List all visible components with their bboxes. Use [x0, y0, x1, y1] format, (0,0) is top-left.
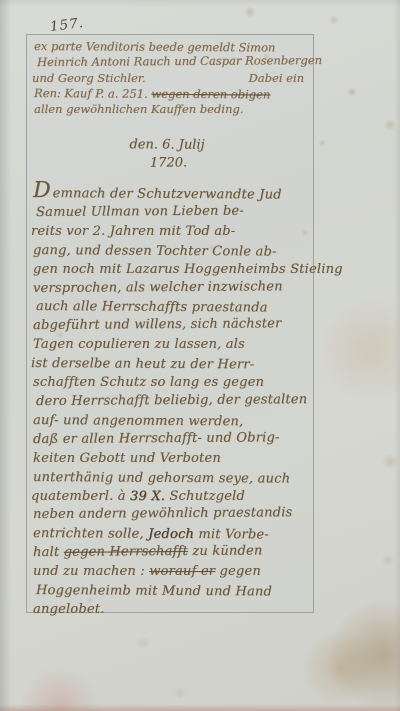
handwritten-text: Samuel Ullman von Lieben be- — [36, 203, 244, 219]
handwritten-text: 1720. — [150, 155, 187, 170]
handwritten-text: auch alle Herrschaffts praestanda — [36, 299, 268, 315]
handwritten-text: Ren: Kauf P. a. 251. — [34, 86, 151, 101]
handwritten-text: mit Vorbe- — [194, 527, 269, 542]
handwritten-text: halt — [33, 545, 64, 560]
handwritten-text: Tagen copulieren zu lassen, als — [33, 337, 245, 352]
margin-note: Dabei ein — [249, 71, 304, 87]
body-line: halt gegen Herrschafft zu künden — [33, 542, 313, 563]
handwritten-text: angelobet. — [33, 602, 105, 617]
date-block: den. 6. Julij1720. — [92, 135, 242, 173]
handwritten-text: Demnach der Schutzverwandte Jud — [33, 186, 282, 203]
handwritten-text: und Georg Stichler. — [32, 71, 146, 85]
handwritten-text: ex parte Venditoris beede gemeldt Simon — [34, 39, 275, 54]
handwritten-text: und zu machen : — [33, 564, 149, 579]
strikethrough-text: worauf er — [149, 564, 215, 579]
handwritten-text: gen noch mit Lazarus Hoggenheimbs Stieli… — [33, 262, 343, 277]
handwritten-text: allen gewöhnlichen Kauffen beding. — [34, 102, 243, 116]
header-line: allen gewöhnlichen Kauffen beding. — [34, 102, 306, 118]
strikethrough-text: wegen deren obigen — [151, 87, 270, 102]
handwritten-text: den. 6. Julij — [129, 137, 204, 152]
body-text: Demnach der Schutzverwandte JudSamuel Ul… — [33, 182, 313, 620]
handwritten-text: 39 X. — [130, 489, 165, 504]
handwritten-text: unterthänig und gehorsam seye, auch — [33, 470, 290, 487]
handwritten-text: entrichten solle, — [33, 526, 148, 542]
handwritten-text: gang, und dessen Tochter Conle ab- — [33, 243, 277, 259]
handwritten-text: keiten Gebott und Verboten — [33, 451, 221, 466]
header-note: ex parte Venditoris beede gemeldt SimonH… — [34, 39, 306, 118]
body-line: gen noch mit Lazarus Hoggenheimbs Stieli… — [33, 261, 313, 280]
manuscript-page: 157. ex parte Venditoris beede gemeldt S… — [0, 0, 400, 711]
handwritten-text: Hoggenheimb mit Mund und Hand — [36, 583, 272, 599]
body-line: und zu machen : worauf er gegen — [33, 563, 313, 582]
handwritten-text: ist derselbe an heut zu der Herr- — [31, 356, 254, 372]
header-line: Dabei einund Georg Stichler. — [32, 71, 306, 87]
handwritten-text: daß er allen Herrschafft- und Obrig- — [33, 430, 280, 447]
handwritten-text: schafften Schutz so lang es gegen — [33, 375, 264, 390]
handwritten-text: Heinrich Antoni Rauch und Caspar Rosenbe… — [37, 53, 322, 69]
handwritten-text: Schutzgeld — [165, 489, 245, 504]
header-line: Heinrich Antoni Rauch und Caspar Rosenbe… — [37, 53, 306, 71]
body-line: Tagen copulieren zu lassen, als — [33, 336, 313, 355]
page-number: 157. — [49, 15, 85, 35]
body-line: daß er allen Herrschafft- und Obrig- — [33, 429, 313, 450]
body-line: Samuel Ullman von Lieben be- — [36, 202, 313, 223]
body-line: abgeführt und willens, sich nächster — [33, 315, 313, 336]
body-line: angelobet. — [33, 601, 313, 620]
handwritten-text: auf- und angenommen werden, — [33, 413, 243, 429]
body-line: ist derselbe an heut zu der Herr- — [31, 355, 313, 376]
date-line: 1720. — [95, 153, 242, 173]
handwritten-text: quatemberl. à — [31, 489, 130, 504]
body-line: Hoggenheimb mit Mund und Hand — [36, 582, 313, 603]
handwritten-text: abgeführt und willens, sich nächster — [33, 317, 282, 334]
handwritten-text: zu künden — [188, 544, 263, 560]
body-line: unterthänig und gehorsam seye, auch — [33, 469, 313, 490]
body-line: neben andern gewöhnlich praestandis — [33, 504, 313, 525]
body-line: gang, und dessen Tochter Conle ab- — [33, 242, 313, 263]
handwritten-text: reits vor 2. Jahren mit Tod ab- — [31, 224, 235, 239]
strikethrough-text: gegen Herrschafft — [64, 544, 188, 560]
body-line: reits vor 2. Jahren mit Tod ab- — [31, 223, 313, 242]
handwritten-text: neben andern gewöhnlich praestandis — [33, 506, 293, 523]
body-line: dero Herrschafft beliebig, der gestalten — [36, 391, 313, 412]
body-line: versprochen, als welcher inzwischen — [33, 278, 313, 299]
handwritten-text: Jedoch — [148, 527, 194, 542]
handwritten-text: gegen — [215, 564, 261, 579]
body-line: schafften Schutz so lang es gegen — [33, 374, 313, 393]
date-line: den. 6. Julij — [92, 135, 242, 155]
body-line: keiten Gebott und Verboten — [33, 450, 313, 469]
header-line: Ren: Kauf P. a. 251. wegen deren obigen — [34, 86, 306, 103]
handwritten-text: dero Herrschafft beliebig, der gestalten — [36, 392, 307, 409]
handwritten-text: versprochen, als welcher inzwischen — [33, 279, 283, 296]
